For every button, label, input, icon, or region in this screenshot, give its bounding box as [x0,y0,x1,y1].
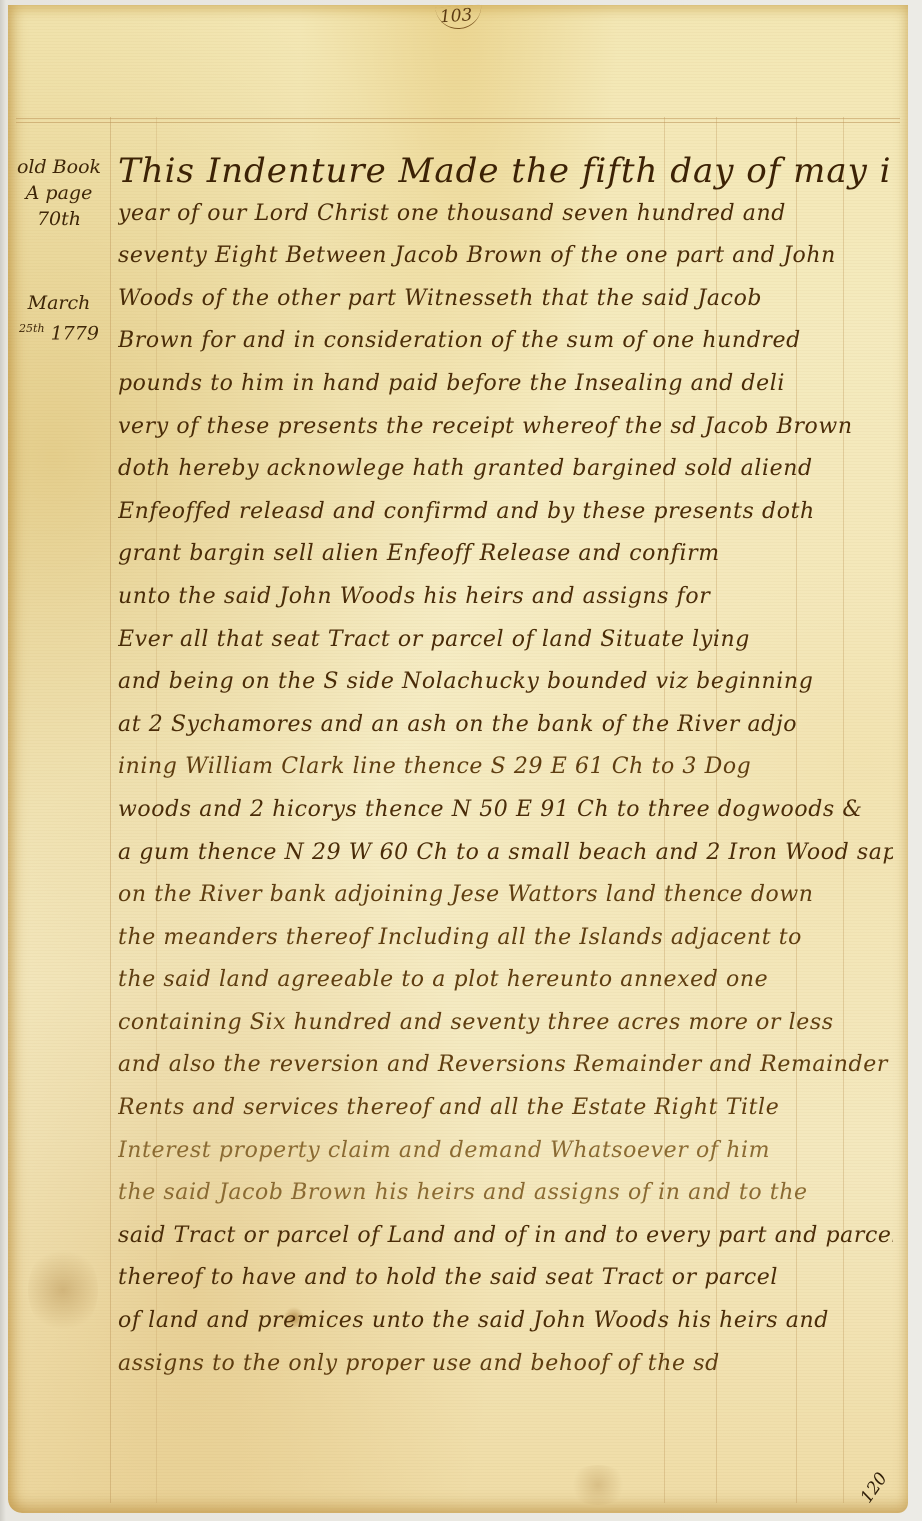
deed-line: thereof to have and to hold the said sea… [118,1257,893,1300]
deed-line: a gum thence N 29 W 60 Ch to a small bea… [118,832,893,875]
deed-line: containing Six hundred and seventy three… [118,1002,893,1045]
book-reference-line: 70th [14,206,104,232]
deed-line: at 2 Sychamores and an ash on the bank o… [118,704,893,747]
deed-line: the said land agreeable to a plot hereun… [118,959,893,1002]
deed-line: doth hereby acknowlege hath granted barg… [118,448,893,491]
deed-line: said Tract or parcel of Land and of in a… [118,1215,893,1258]
deed-line: Interest property claim and demand Whats… [118,1130,893,1173]
deed-line: of land and premices unto the said John … [118,1300,893,1343]
deed-line: Rents and services thereof and all the E… [118,1087,893,1130]
deed-line: seventy Eight Between Jacob Brown of the… [118,235,893,278]
deed-line: and being on the S side Nolachucky bound… [118,661,893,704]
water-stain [28,1245,98,1335]
deed-line: Enfeoffed releasd and confirmd and by th… [118,491,893,534]
deed-line: and also the reversion and Reversions Re… [118,1044,893,1087]
book-reference-line: A page [14,180,104,206]
header-rule [16,118,900,119]
water-stain [568,1465,628,1505]
recording-day: 25th [19,322,45,335]
deed-line: assigns to the only proper use and behoo… [118,1343,893,1386]
deed-line: woods and 2 hicorys thence N 50 E 91 Ch … [118,789,893,832]
deed-line: very of these presents the receipt where… [118,406,893,449]
deed-line: the meanders thereof Including all the I… [118,917,893,960]
recording-year: 1779 [51,322,99,344]
book-reference-line: old Book [14,154,104,180]
deed-line: on the River bank adjoining Jese Wattors… [118,874,893,917]
deed-line: Ever all that seat Tract or parcel of la… [118,619,893,662]
deed-line: the said Jacob Brown his heirs and assig… [118,1172,893,1215]
recording-month: March [14,290,104,316]
deed-line: unto the said John Woods his heirs and a… [118,576,893,619]
header-rule-double [16,122,900,123]
deed-body: This Indenture Made the fifth day of may… [118,150,893,1385]
book-reference-note: old Book A page 70th [14,154,104,232]
deed-line: year of our Lord Christ one thousand sev… [118,193,893,236]
recording-day-year: 25th 1779 [14,316,104,346]
deed-line: Brown for and in consideration of the su… [118,320,893,363]
deed-line: pounds to him in hand paid before the In… [118,363,893,406]
recording-date-note: March 25th 1779 [14,290,104,346]
deed-line: This Indenture Made the fifth day of may… [118,150,893,193]
deed-line: ining William Clark line thence S 29 E 6… [118,746,893,789]
margin-rule [110,117,111,1503]
deed-line: Woods of the other part Witnesseth that … [118,278,893,321]
deed-line: grant bargin sell alien Enfeoff Release … [118,533,893,576]
